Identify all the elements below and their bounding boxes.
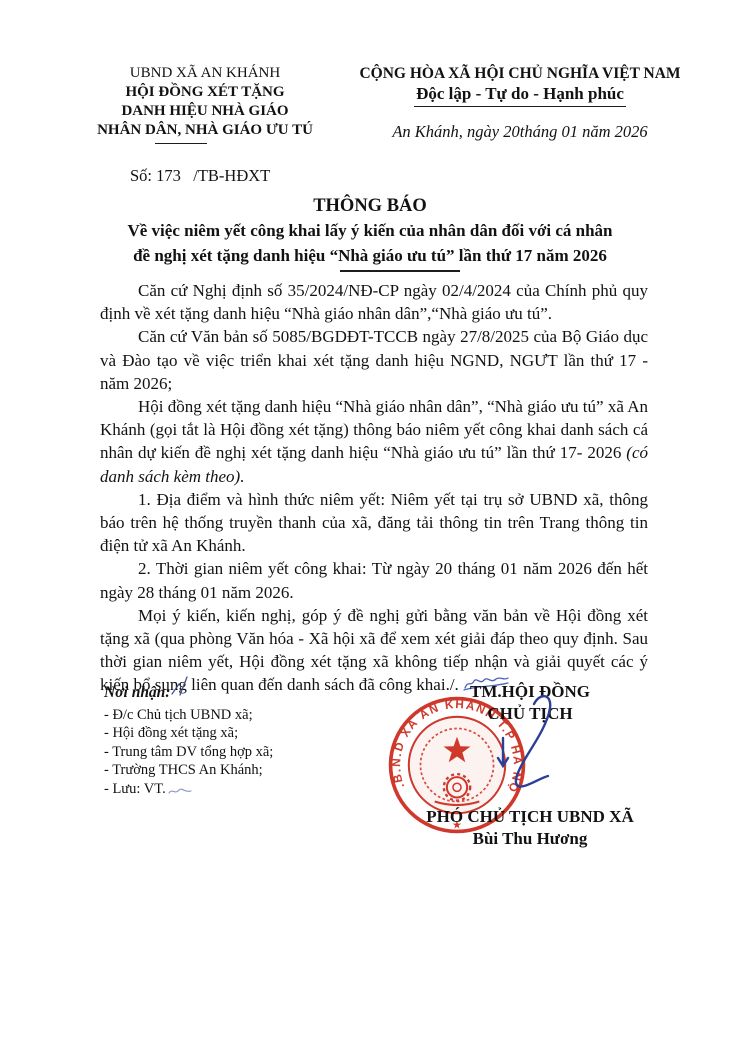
paragraph-announcement-text: Hội đồng xét tặng danh hiệu “Nhà giáo nh… [100,397,648,462]
authority-name-line3: NHÂN DÂN, NHÀ GIÁO ƯU TÚ [78,121,332,140]
recipient-item: - Đ/c Chủ tịch UBND xã; [104,706,273,725]
authority-name-line2: DANH HIỆU NHÀ GIÁO [78,102,332,121]
national-title: CỘNG HÒA XÃ HỘI CHỦ NGHĨA VIỆT NAM [342,64,698,84]
pen-squiggle-icon [167,785,193,798]
recipient-item: - Hội đồng xét tặng xã; [104,724,273,743]
document-subtitle-line1: Về việc niêm yết công khai lấy ý kiến củ… [0,218,740,243]
recipient-item: - Trung tâm DV tổng hợp xã; [104,743,273,762]
authority-name-line1: HỘI ĐỒNG XÉT TẶNG [78,83,332,102]
paragraph-duration: 2. Thời gian niêm yết công khai: Từ ngày… [100,557,648,603]
document-title-block: THÔNG BÁO Về việc niêm yết công khai lấy… [0,195,740,268]
paragraph-location: 1. Địa điểm và hình thức niêm yết: Niêm … [100,488,648,558]
paragraph-basis-1: Căn cứ Nghị định số 35/2024/NĐ-CP ngày 0… [100,279,648,325]
document-subtitle-line2: đề nghị xét tặng danh hiệu “Nhà giáo ưu … [0,243,740,268]
national-motto: Độc lập - Tự do - Hạnh phúc [414,84,626,107]
place-date-line: An Khánh, ngày 20tháng 01 năm 2026 [342,122,698,142]
recipient-item-archive: - Lưu: VT. [104,781,166,797]
handwritten-signature-ink [494,688,558,798]
document-body: Căn cứ Nghị định số 35/2024/NĐ-CP ngày 0… [100,279,648,697]
document-page: UBND XÃ AN KHÁNH HỘI ĐỒNG XÉT TẶNG DANH … [0,0,740,1046]
paragraph-basis-2: Căn cứ Văn bản số 5085/BGDĐT-TCCB ngày 2… [100,325,648,395]
title-underline [340,270,460,272]
issuing-authority-block: UBND XÃ AN KHÁNH HỘI ĐỒNG XÉT TẶNG DANH … [78,64,332,144]
paragraph-announcement: Hội đồng xét tặng danh hiệu “Nhà giáo nh… [100,395,648,488]
authority-underline [155,143,207,144]
authority-parent: UBND XÃ AN KHÁNH [78,64,332,83]
document-number: Số: 173 /TB-HĐXT [130,166,270,186]
document-title: THÔNG BÁO [0,195,740,218]
handwritten-mark-icon [168,674,190,698]
recipient-item: - Lưu: VT. [104,780,273,799]
national-header-block: CỘNG HÒA XÃ HỘI CHỦ NGHĨA VIỆT NAM Độc l… [342,64,698,142]
recipient-item: - Trường THCS An Khánh; [104,761,273,780]
recipients-block: Nơi nhận: - Đ/c Chủ tịch UBND xã; - Hội … [104,684,273,799]
stamp-bottom-star: ★ [452,819,462,831]
